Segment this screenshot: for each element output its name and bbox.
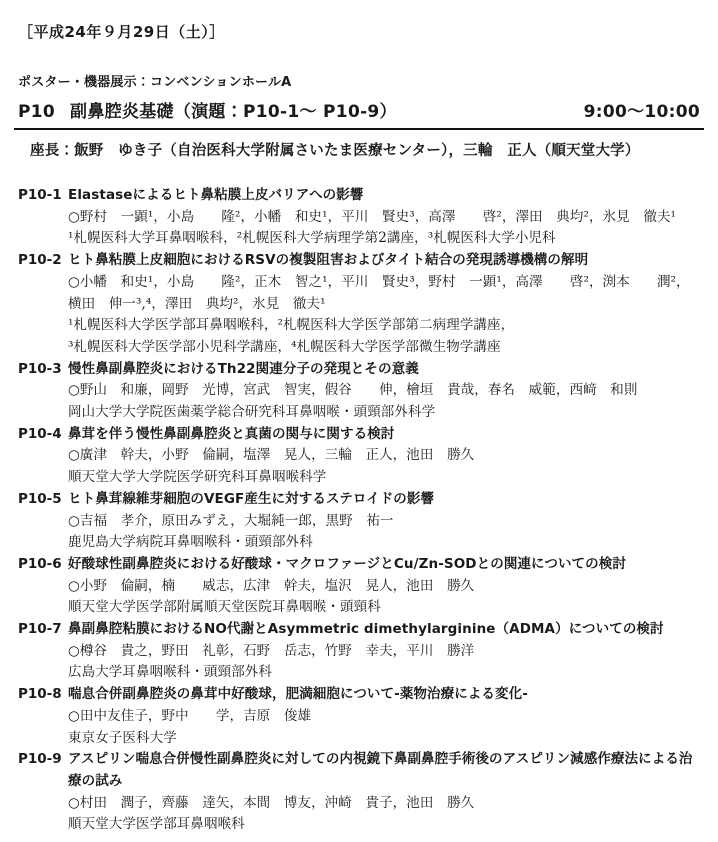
entry-code: P10-2 (18, 250, 68, 272)
program-list: P10-1 Elastaseによるヒト鼻粘膜上皮バリアへの影響 ○野村 一顕¹，… (18, 185, 700, 836)
entry-affiliations: 岡山大学大学院医歯薬学総合研究科耳鼻咽喉・頭頸部外科学 (68, 402, 700, 424)
entry-authors: ○小野 倫嗣，楠 威志，広津 幹夫，塩沢 晃人，池田 勝久 (68, 576, 700, 598)
entry-authors: ○小幡 和史¹，小島 隆²，正木 智之¹，平川 賢史³，野村 一顕¹，高澤 啓²… (68, 272, 700, 315)
entry-authors: ○野山 和廉，岡野 光博，宮武 智実，假谷 伸，檜垣 貴哉，春名 威範，西﨑 和… (68, 380, 700, 402)
program-entry: P10-9 アスピリン喘息合併慢性副鼻腔炎に対しての内視鏡下鼻副鼻腔手術後のアス… (18, 749, 700, 836)
entry-code: P10-3 (18, 359, 68, 381)
program-entry: P10-8 喘息合併副鼻腔炎の鼻茸中好酸球，肥満細胞について-薬物治療による変化… (18, 684, 700, 749)
entry-code: P10-9 (18, 749, 68, 771)
entry-code: P10-5 (18, 489, 68, 511)
entry-body: 喘息合併副鼻腔炎の鼻茸中好酸球，肥満細胞について-薬物治療による変化- ○田中友… (68, 684, 700, 749)
entry-body: 鼻副鼻腔粘膜におけるNO代謝とAsymmetric dimethylargini… (68, 619, 700, 684)
entry-title: 喘息合併副鼻腔炎の鼻茸中好酸球，肥満細胞について-薬物治療による変化- (68, 684, 700, 706)
session-time: 9:00〜10:00 (584, 97, 700, 122)
entry-code: P10-6 (18, 554, 68, 576)
program-entry: P10-1 Elastaseによるヒト鼻粘膜上皮バリアへの影響 ○野村 一顕¹，… (18, 185, 700, 250)
entry-code: P10-1 (18, 185, 68, 207)
entry-title: 慢性鼻副鼻腔炎におけるTh22関連分子の発現とその意義 (68, 359, 700, 381)
program-entry: P10-2 ヒト鼻粘膜上皮細胞におけるRSVの複製阻害およびタイト結合の発現誘導… (18, 250, 700, 359)
entry-affiliations: 鹿児島大学病院耳鼻咽喉科・頭頸部外科 (68, 532, 700, 554)
entry-authors: ○村田 潤子，齊藤 達矢，本間 博友，沖崎 貴子，池田 勝久 (68, 793, 700, 815)
date-header: ［平成24年９月29日（土）］ (18, 21, 700, 42)
entry-body: ヒト鼻粘膜上皮細胞におけるRSVの複製阻害およびタイト結合の発現誘導機構の解明 … (68, 250, 700, 359)
session-header-left: P10 副鼻腔炎基礎（演題：P10-1〜 P10-9） (18, 97, 397, 122)
entry-title: ヒト鼻茸線維芽細胞のVEGF産生に対するステロイドの影響 (68, 489, 700, 511)
entry-authors: ○吉福 孝介，原田みずえ，大堀純一郎，黒野 祐一 (68, 511, 700, 533)
session-divider (14, 128, 704, 130)
program-entry: P10-7 鼻副鼻腔粘膜におけるNO代謝とAsymmetric dimethyl… (18, 619, 700, 684)
entry-body: Elastaseによるヒト鼻粘膜上皮バリアへの影響 ○野村 一顕¹，小島 隆²，… (68, 185, 700, 250)
session-title: 副鼻腔炎基礎（演題：P10-1〜 P10-9） (70, 97, 397, 122)
program-entry: P10-3 慢性鼻副鼻腔炎におけるTh22関連分子の発現とその意義 ○野山 和廉… (18, 359, 700, 424)
chairs-line: 座長：飯野 ゆき子（自治医科大学附属さいたま医療センター），三輪 正人（順天堂大… (30, 139, 700, 160)
entry-title: 鼻副鼻腔粘膜におけるNO代謝とAsymmetric dimethylargini… (68, 619, 700, 641)
entry-code: P10-7 (18, 619, 68, 641)
entry-affiliations: ¹札幌医科大学医学部耳鼻咽喉科，²札幌医科大学医学部第二病理学講座， ³札幌医科… (68, 315, 700, 358)
entry-body: 好酸球性副鼻腔炎における好酸球・マクロファージとCu/Zn-SODとの関連につい… (68, 554, 700, 619)
entry-authors: ○樽谷 貴之，野田 礼彰，石野 岳志，竹野 幸夫，平川 勝洋 (68, 641, 700, 663)
entry-authors: ○野村 一顕¹，小島 隆²，小幡 和史¹，平川 賢史³，高澤 啓²，澤田 典均²… (68, 207, 700, 229)
entry-title: ヒト鼻粘膜上皮細胞におけるRSVの複製阻害およびタイト結合の発現誘導機構の解明 (68, 250, 700, 272)
program-entry: P10-6 好酸球性副鼻腔炎における好酸球・マクロファージとCu/Zn-SODと… (18, 554, 700, 619)
venue-line: ポスター・機器展示：コンベンションホールA (18, 71, 700, 90)
entry-title: アスピリン喘息合併慢性副鼻腔炎に対しての内視鏡下鼻副鼻腔手術後のアスピリン減感作… (68, 749, 700, 792)
entry-affiliations: ¹札幌医科大学耳鼻咽喉科，²札幌医科大学病理学第2講座，³札幌医科大学小児科 (68, 228, 700, 250)
entry-title: 鼻茸を伴う慢性鼻副鼻腔炎と真菌の関与に関する検討 (68, 424, 700, 446)
entry-title: Elastaseによるヒト鼻粘膜上皮バリアへの影響 (68, 185, 700, 207)
program-page: ［平成24年９月29日（土）］ ポスター・機器展示：コンベンションホールA P1… (0, 0, 718, 842)
entry-affiliations: 東京女子医科大学 (68, 728, 700, 750)
entry-authors: ○田中友佳子，野中 学，吉原 俊雄 (68, 706, 700, 728)
entry-affiliations: 順天堂大学医学部耳鼻咽喉科 (68, 814, 700, 836)
entry-affiliations: 順天堂大学医学部附属順天堂医院耳鼻咽喉・頭頸科 (68, 597, 700, 619)
entry-affiliations: 広島大学耳鼻咽喉科・頭頸部外科 (68, 662, 700, 684)
entry-title: 好酸球性副鼻腔炎における好酸球・マクロファージとCu/Zn-SODとの関連につい… (68, 554, 700, 576)
entry-body: 慢性鼻副鼻腔炎におけるTh22関連分子の発現とその意義 ○野山 和廉，岡野 光博… (68, 359, 700, 424)
entry-affiliations: 順天堂大学大学院医学研究科耳鼻咽喉科学 (68, 467, 700, 489)
entry-body: ヒト鼻茸線維芽細胞のVEGF産生に対するステロイドの影響 ○吉福 孝介，原田みず… (68, 489, 700, 554)
program-entry: P10-4 鼻茸を伴う慢性鼻副鼻腔炎と真菌の関与に関する検討 ○廣津 幹夫，小野… (18, 424, 700, 489)
session-code: P10 (18, 102, 55, 122)
session-header: P10 副鼻腔炎基礎（演題：P10-1〜 P10-9） 9:00〜10:00 (18, 97, 700, 122)
entry-body: アスピリン喘息合併慢性副鼻腔炎に対しての内視鏡下鼻副鼻腔手術後のアスピリン減感作… (68, 749, 700, 836)
entry-code: P10-8 (18, 684, 68, 706)
program-entry: P10-5 ヒト鼻茸線維芽細胞のVEGF産生に対するステロイドの影響 ○吉福 孝… (18, 489, 700, 554)
entry-code: P10-4 (18, 424, 68, 446)
entry-body: 鼻茸を伴う慢性鼻副鼻腔炎と真菌の関与に関する検討 ○廣津 幹夫，小野 倫嗣，塩澤… (68, 424, 700, 489)
entry-authors: ○廣津 幹夫，小野 倫嗣，塩澤 晃人，三輪 正人，池田 勝久 (68, 445, 700, 467)
